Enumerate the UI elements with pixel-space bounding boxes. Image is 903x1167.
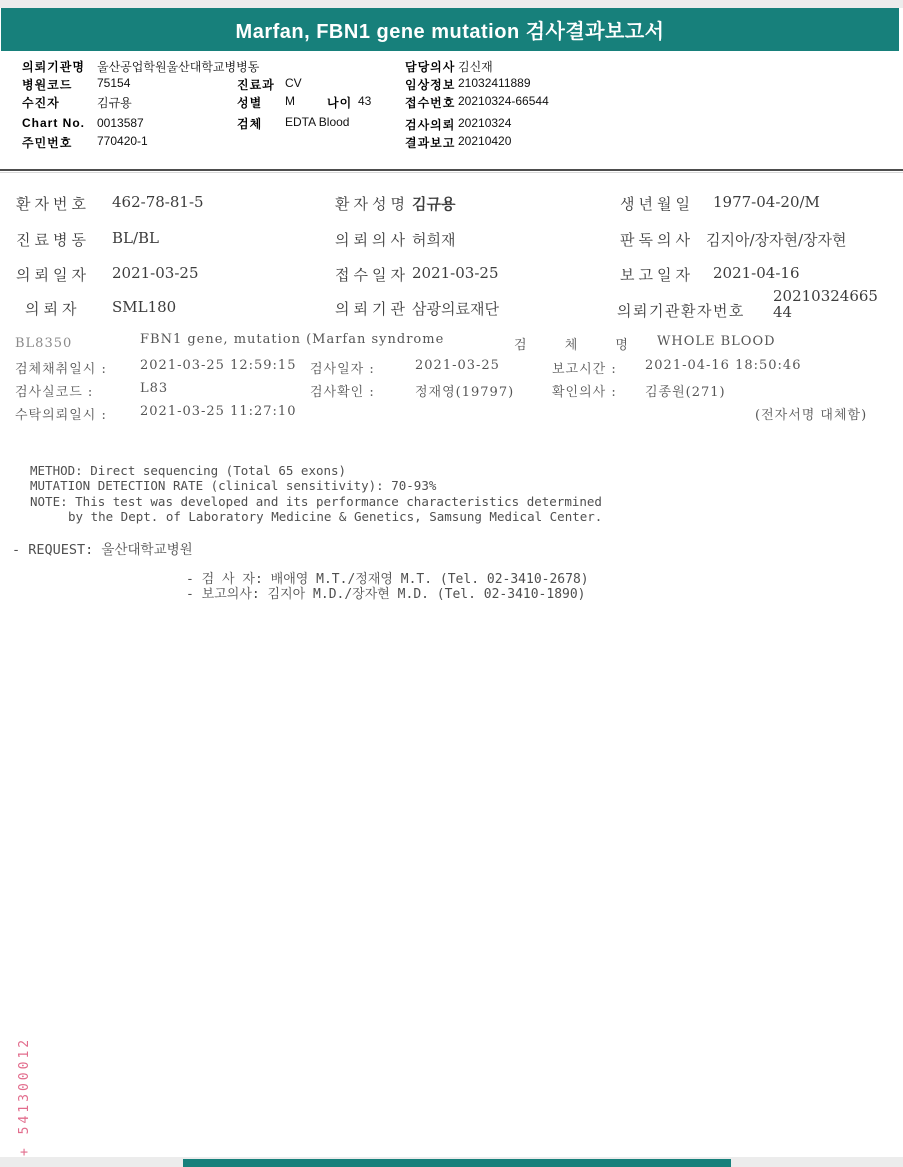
specimen-value: EDTA Blood bbox=[285, 115, 349, 129]
sex-value: M bbox=[285, 94, 295, 108]
dept-value: CV bbox=[285, 76, 302, 90]
mutation-rate-line: MUTATION DETECTION RATE (clinical sensit… bbox=[30, 478, 436, 493]
side-barcode-number: + 541300012 bbox=[17, 1037, 32, 1156]
specimen-name-label: 검 체 명 bbox=[514, 334, 632, 353]
resident-id-value: 770420-1 bbox=[97, 134, 148, 148]
org-value: 울산공업학원울산대학교병병동 bbox=[97, 58, 259, 75]
receipt-no-label: 접수번호 bbox=[405, 94, 455, 111]
birth-label: 생년월일 bbox=[620, 193, 694, 214]
chart-no-value: 0013587 bbox=[97, 116, 144, 130]
doctor-value: 김신재 bbox=[458, 58, 493, 75]
hospital-code-value: 75154 bbox=[97, 76, 130, 90]
request-org-value: 삼광의료재단 bbox=[412, 298, 499, 319]
clinical-info-label: 임상정보 bbox=[405, 76, 455, 93]
test-name: FBN1 gene, mutation (Marfan syndrome bbox=[140, 332, 444, 347]
receipt-no-value: 20210324-66544 bbox=[458, 94, 549, 108]
report-time-label: 보고시간 : bbox=[552, 358, 617, 377]
test-code: BL8350 bbox=[15, 336, 72, 351]
entrust-value: 2021-03-25 11:27:10 bbox=[140, 404, 296, 419]
result-label: 결과보고 bbox=[405, 134, 455, 151]
ward-label: 진료병동 bbox=[16, 229, 90, 250]
sex-label: 성별 bbox=[237, 94, 262, 111]
report-page: { "colors": { "teal": "#17807b", "side_c… bbox=[0, 0, 903, 1167]
doctor-label: 담당의사 bbox=[405, 58, 455, 75]
examinee-label: 수진자 bbox=[22, 94, 60, 111]
bottom-teal-bar bbox=[183, 1159, 731, 1167]
birth-value: 1977-04-20/M bbox=[713, 193, 820, 211]
result-value: 20210420 bbox=[458, 134, 511, 148]
chart-no-label: Chart No. bbox=[22, 116, 85, 130]
report-date-label: 보고일자 bbox=[620, 264, 694, 285]
reading-doctor-label: 판독의사 bbox=[620, 229, 694, 250]
specimen-name-value: WHOLE BLOOD bbox=[657, 334, 776, 349]
order-date-label: 의뢰일자 bbox=[16, 264, 90, 285]
receipt-date-label: 접수일자 bbox=[335, 264, 409, 285]
dept-label: 진료과 bbox=[237, 76, 275, 93]
patient-no-value: 462-78-81-5 bbox=[112, 193, 204, 211]
requester-label: 의뢰자 bbox=[25, 298, 80, 319]
method-line: METHOD: Direct sequencing (Total 65 exon… bbox=[30, 463, 346, 478]
confirm-doctor-value: 김종원(271) bbox=[645, 381, 726, 400]
entrust-label: 수탁의뢰일시 : bbox=[15, 404, 107, 423]
patient-name-value: 김규용 bbox=[412, 193, 455, 214]
report-title-bar: Marfan, FBN1 gene mutation 검사결과보고서 bbox=[1, 8, 899, 51]
request-org-label: 의뢰기관 bbox=[335, 298, 409, 319]
clinical-info-value: 21032411889 bbox=[458, 76, 531, 90]
lab-code-label: 검사실코드 : bbox=[15, 381, 93, 400]
test-date-label: 검사일자 : bbox=[310, 358, 375, 377]
hospital-code-label: 병원코드 bbox=[22, 76, 72, 93]
top-margin-strip bbox=[0, 0, 903, 8]
patient-no-label: 환자번호 bbox=[16, 193, 90, 214]
order-date-value: 2021-03-25 bbox=[112, 264, 198, 282]
collected-value: 2021-03-25 12:59:15 bbox=[140, 358, 296, 373]
org-patient-no-value: 2021032466544 bbox=[773, 288, 881, 320]
report-time-value: 2021-04-16 18:50:46 bbox=[645, 358, 801, 373]
reporting-doctor-line: - 보고의사: 김지아 M.D./장자현 M.D. (Tel. 02-3410-… bbox=[186, 583, 586, 602]
test-confirm-label: 검사확인 : bbox=[310, 381, 375, 400]
org-patient-no-label: 의뢰기관환자번호 bbox=[617, 300, 745, 321]
order-label: 검사의뢰 bbox=[405, 116, 455, 133]
note-line-2: by the Dept. of Laboratory Medicine & Ge… bbox=[68, 509, 602, 524]
receipt-date-value: 2021-03-25 bbox=[412, 264, 498, 282]
reading-doctor-value: 김지아/장자현/장자현 bbox=[706, 229, 847, 250]
test-date-value: 2021-03-25 bbox=[415, 358, 500, 373]
ordering-doctor-label: 의뢰의사 bbox=[335, 229, 409, 250]
confirm-doctor-label: 확인의사 : bbox=[552, 381, 617, 400]
age-label: 나이 bbox=[327, 94, 352, 111]
org-label: 의뢰기관명 bbox=[22, 58, 85, 75]
patient-name-label: 환자성명 bbox=[335, 193, 409, 214]
resident-id-label: 주민번호 bbox=[22, 134, 72, 151]
note-line-1: NOTE: This test was developed and its pe… bbox=[30, 494, 602, 509]
ward-value: BL/BL bbox=[112, 229, 159, 247]
report-date-value: 2021-04-16 bbox=[713, 264, 799, 282]
specimen-label: 검체 bbox=[237, 115, 262, 132]
section-divider-shadow bbox=[0, 172, 903, 173]
lab-code-value: L83 bbox=[140, 381, 168, 396]
esign-note: (전자서명 대체함) bbox=[755, 404, 867, 423]
examinee-value: 김규용 bbox=[97, 94, 132, 111]
requester-value: SML180 bbox=[112, 298, 176, 316]
order-value: 20210324 bbox=[458, 116, 511, 130]
page-title: Marfan, FBN1 gene mutation 검사결과보고서 bbox=[236, 15, 665, 44]
age-value: 43 bbox=[358, 94, 371, 108]
test-confirm-value: 정재영(19797) bbox=[415, 381, 514, 400]
collected-label: 검체채취일시 : bbox=[15, 358, 107, 377]
ordering-doctor-value: 허희재 bbox=[412, 229, 455, 250]
section-divider bbox=[0, 169, 903, 171]
request-line: - REQUEST: 울산대학교병원 bbox=[12, 538, 193, 558]
